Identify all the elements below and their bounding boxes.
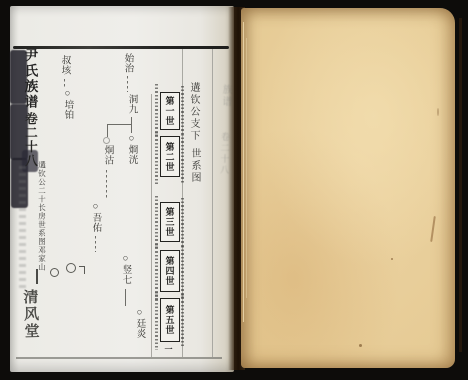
tree-name-gen5: ○廷炎: [134, 308, 144, 339]
circle-mark: [50, 268, 59, 277]
tree-name-gen1: 洞九: [126, 94, 136, 114]
generation-box-1: 第一世: [160, 92, 180, 130]
circle-mark: [66, 263, 76, 273]
paper-speck: [391, 258, 393, 260]
section-header-sub: 世系图: [189, 148, 199, 184]
book-photo: 尹氏族谱 卷二十八 遘钦公二十长房世系图 邓家山 清风堂 叔垓 ○培铂 始治 洞…: [0, 0, 468, 380]
micro-text: [181, 86, 184, 134]
generation-box-2: 第二世: [160, 136, 180, 177]
tree-connector: [127, 76, 128, 92]
micro-text: [155, 132, 158, 186]
tree-connector: [64, 79, 65, 88]
page-edge-line: [246, 38, 247, 298]
generation-box-3: 第三世: [160, 202, 180, 242]
micro-text: [155, 84, 158, 136]
volume-number: 卷二十八: [24, 112, 37, 168]
tree-branch-bar: [107, 124, 132, 125]
tree-name-child: ○培铂: [62, 89, 72, 120]
tree-name-gen4: ○竖七: [120, 254, 130, 285]
book-title: 尹氏族谱: [23, 48, 37, 110]
tree-name-parent: 叔垓: [59, 55, 69, 75]
page-edge-line: [243, 22, 244, 322]
tree-name-ancestor: 始治: [122, 53, 132, 73]
generation-box-4: 第四世: [160, 250, 180, 292]
paper-scratch: [430, 216, 436, 242]
paper-speck: [437, 108, 439, 116]
tree-connector: [131, 117, 132, 124]
faint-circle-mark: [103, 137, 110, 144]
right-page-blank: [241, 8, 455, 368]
paper-speck: [359, 344, 362, 347]
hook-mark: [79, 266, 85, 274]
chapter-subtitle: 遘钦公二十长房世系图: [38, 161, 46, 246]
micro-text: [155, 292, 158, 350]
hall-mark: 清风堂: [21, 289, 38, 340]
tree-name-gen3: ○吾佑: [90, 202, 100, 233]
top-border-rule: [13, 46, 229, 49]
place-name: 邓家山: [38, 246, 46, 272]
micro-text: [181, 246, 184, 298]
section-header: 遘钦公支下: [188, 82, 198, 142]
bottom-border-rule: [16, 357, 222, 359]
tree-name-gen2-right: ○烱洸: [126, 134, 136, 165]
tree-connector: [95, 236, 96, 252]
generation-box-5: 第五世: [160, 298, 180, 342]
left-page: 尹氏族谱 卷二十八 遘钦公二十长房世系图 邓家山 清风堂 叔垓 ○培铂 始治 洞…: [10, 6, 234, 372]
micro-text: [181, 198, 184, 248]
column-rule: [151, 94, 152, 357]
micro-text: [155, 196, 158, 250]
cover-edge: [459, 18, 462, 352]
tree-name-gen2-left: 烔沽: [102, 145, 112, 165]
tree-connector: [106, 170, 107, 198]
tree-connector: [131, 124, 132, 133]
generation-suffix: 一: [164, 345, 172, 353]
pencil-smudge: [19, 166, 26, 291]
micro-text: [181, 134, 184, 184]
tree-connector: [125, 289, 126, 306]
micro-text: [181, 294, 184, 348]
tree-connector: [107, 124, 108, 137]
hall-mark-stroke: [36, 269, 38, 284]
